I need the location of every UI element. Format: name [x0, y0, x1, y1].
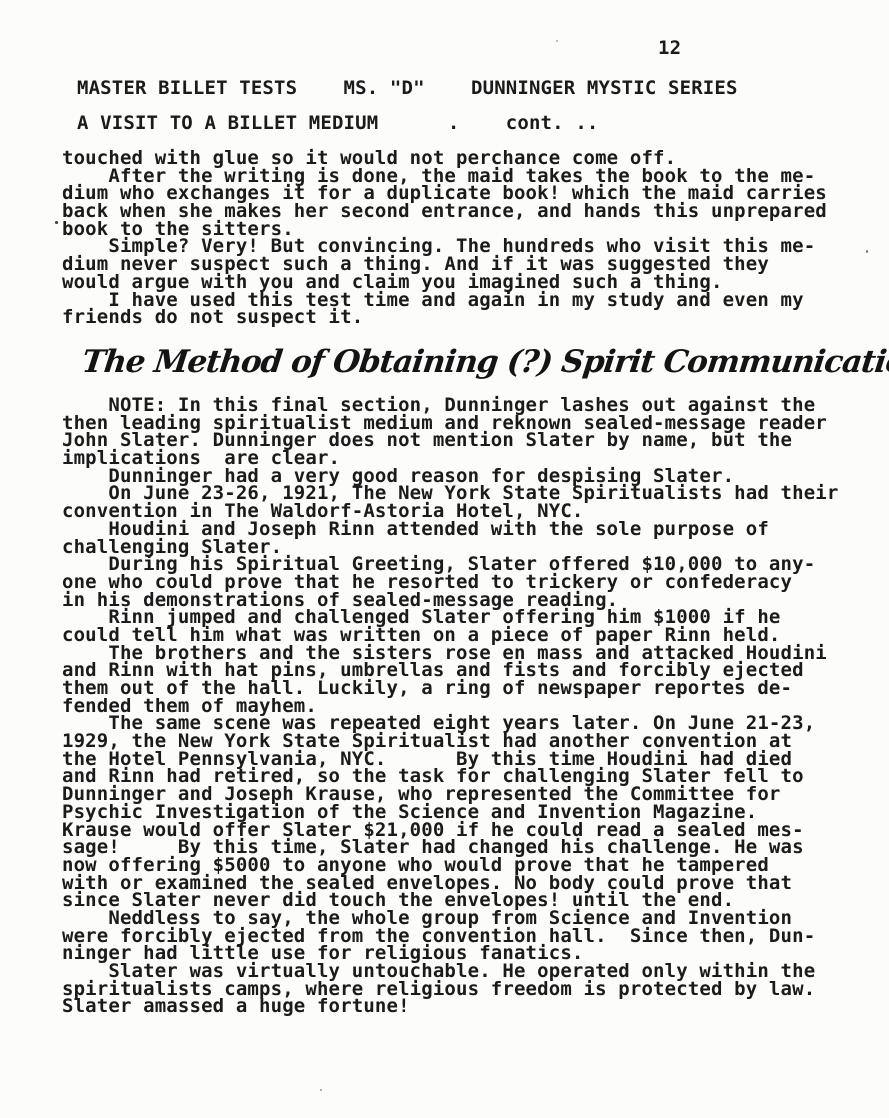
- paragraph-block-bottom: NOTE: In this final section, Dunninger l…: [62, 397, 838, 1016]
- header-chapter-line: A VISIT TO A BILLET MEDIUM . cont. ..: [77, 115, 599, 132]
- scanned-typewritten-page: 12 MASTER BILLET TESTS MS. "D" DUNNINGER…: [0, 0, 889, 1118]
- header-series-line: MASTER BILLET TESTS MS. "D" DUNNINGER MY…: [77, 80, 738, 97]
- page-number: 12: [658, 37, 681, 59]
- handwritten-section-heading: The Method of Obtaining (?) Spirit Commu…: [80, 344, 889, 380]
- scan-speck: [866, 250, 868, 253]
- text-line: friends do not suspect it.: [62, 309, 827, 327]
- text-line: Slater amassed a huge fortune!: [62, 998, 838, 1016]
- scan-speck: [556, 40, 558, 42]
- scan-speck: [55, 221, 58, 224]
- scan-speck: [320, 1089, 322, 1091]
- paragraph-block-top: touched with glue so it would not percha…: [62, 150, 827, 327]
